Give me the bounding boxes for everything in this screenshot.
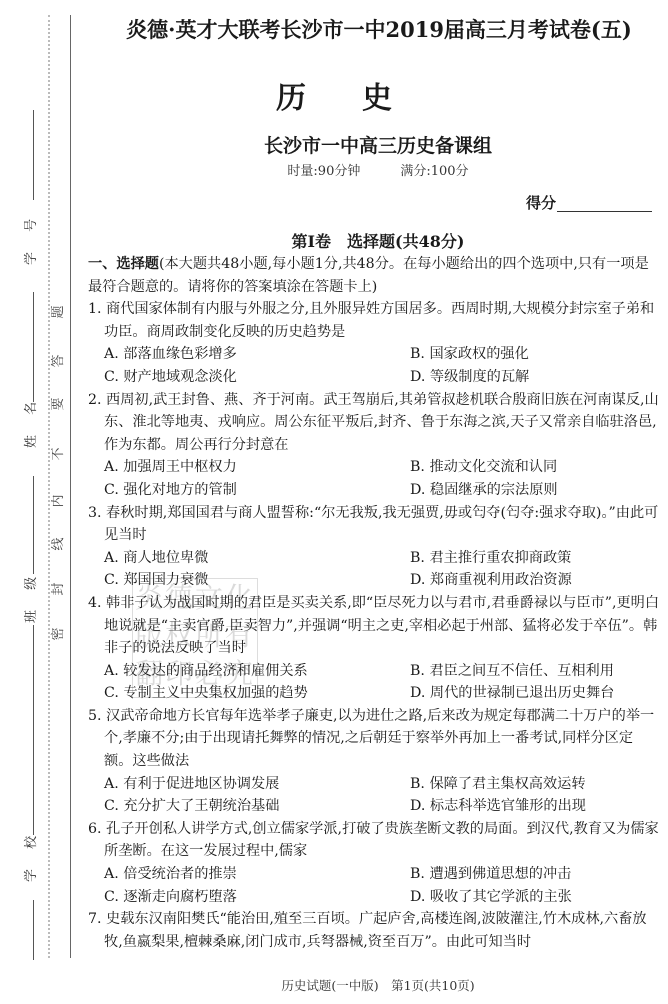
class-line [33, 476, 34, 574]
question-options: A. 较发达的商品经济和雇佣关系 B. 君臣之间互不信任、互相利用 C. 专制主… [88, 660, 660, 705]
subject-char: 历 [276, 73, 306, 117]
seal-char: 内 [50, 492, 68, 510]
option-a[interactable]: A. 部落血缘色彩增多 [104, 343, 382, 366]
score-label: 得分 [526, 192, 556, 213]
option-a[interactable]: A. 较发达的商品经济和雇佣关系 [104, 660, 382, 683]
option-c[interactable]: C. 充分扩大了王朝统治基础 [104, 795, 382, 818]
option-a[interactable]: A. 有利于促进地区协调发展 [104, 773, 382, 796]
option-b[interactable]: B. 国家政权的强化 [382, 343, 660, 366]
option-b[interactable]: B. 保障了君主集权高效运转 [382, 773, 660, 796]
seal-char: 密 [50, 625, 68, 643]
option-d[interactable]: D. 周代的世禄制已退出历史舞台 [382, 682, 660, 705]
question-list: 一、选择题(本大题共48小题,每小题1分,共48分。在每小题给出的四个选项中,只… [88, 253, 660, 953]
option-d[interactable]: D. 标志科举选官雏形的出现 [382, 795, 660, 818]
option-c[interactable]: C. 郑国国力衰微 [104, 569, 382, 592]
question-stem: 5. 汉武帝命地方长官每年选举孝子廉吏,以为进仕之路,后来改为规定每郡满二十万户… [88, 705, 660, 773]
student-id-line [33, 110, 34, 200]
question-options: A. 有利于促进地区协调发展 B. 保障了君主集权高效运转 C. 充分扩大了王朝… [88, 773, 660, 818]
exam-timing: 时量:90分钟满分:100分 [88, 160, 668, 179]
option-a[interactable]: A. 倍受统治者的推崇 [104, 863, 382, 886]
option-c[interactable]: C. 逐渐走向腐朽堕落 [104, 886, 382, 909]
school-line [33, 625, 34, 835]
seal-char: 不 [50, 445, 68, 463]
option-d[interactable]: D. 等级制度的瓦解 [382, 366, 660, 389]
option-c[interactable]: C. 财产地域观念淡化 [104, 366, 382, 389]
exam-title: 炎德·英才大联考长沙市一中2019届高三月考试卷(五) [90, 14, 668, 44]
question-options: A. 部落血缘色彩增多 B. 国家政权的强化 C. 财产地域观念淡化 D. 等级… [88, 343, 660, 388]
page-footer: 历史试题(一中版) 第1页(共10页) [88, 976, 668, 994]
instruction-lead: 一、选择题 [88, 256, 159, 272]
option-a[interactable]: A. 商人地位卑微 [104, 547, 382, 570]
school-line-lower [33, 900, 34, 960]
instruction-body: (本大题共48小题,每小题1分,共48分。在每小题给出的四个选项中,只有一项是最… [88, 256, 649, 295]
subject-title: 历史 [0, 73, 668, 117]
question-stem: 1. 商代国家体制有内服与外服之分,且外服异姓方国居多。西周时期,大规模分封宗室… [88, 298, 660, 343]
seal-char: 题 [50, 303, 68, 321]
seal-char: 答 [50, 352, 68, 370]
question-stem: 7. 史载东汉南阳樊氏“能治田,殖至三百顷。广起庐舍,高楼连阁,波陂灌注,竹木成… [88, 908, 660, 953]
question-stem: 4. 韩非子认为战国时期的君臣是买卖关系,即“臣尽死力以与君市,君垂爵禄以与臣市… [88, 592, 660, 660]
option-b[interactable]: B. 君臣之间互不信任、互相利用 [382, 660, 660, 683]
seal-char: 要 [50, 395, 68, 413]
question-options: A. 倍受统治者的推崇 B. 遭遇到佛道思想的冲击 C. 逐渐走向腐朽堕落 D.… [88, 863, 660, 908]
fold-dotted-line [48, 15, 50, 958]
name-label: 姓 名 [12, 408, 52, 448]
duration: 时量:90分钟 [287, 164, 360, 179]
full-score: 满分:100分 [400, 164, 468, 179]
student-id-label: 学 号 [12, 225, 52, 265]
option-d[interactable]: D. 稳固继承的宗法原则 [382, 479, 660, 502]
question-options: A. 商人地位卑微 B. 君主推行重农抑商政策 C. 郑国国力衰微 D. 郑商重… [88, 547, 660, 592]
question-stem: 3. 春秋时期,郑国国君与商人盟誓称:“尔无我叛,我无强贾,毋或匄夺(匄夺:强求… [88, 502, 660, 547]
option-b[interactable]: B. 君主推行重农抑商政策 [382, 547, 660, 570]
option-b[interactable]: B. 遭遇到佛道思想的冲击 [382, 863, 660, 886]
name-line [33, 292, 34, 402]
seal-solid-line [70, 15, 71, 958]
setter-group: 长沙市一中高三历史备课组 [88, 131, 668, 158]
option-d[interactable]: D. 吸收了其它学派的主张 [382, 886, 660, 909]
score-blank[interactable] [557, 211, 652, 212]
option-a[interactable]: A. 加强周王中枢权力 [104, 456, 382, 479]
question-options: A. 加强周王中枢权力 B. 推动文化交流和认同 C. 强化对地方的管制 D. … [88, 456, 660, 501]
section-title: 第Ⅰ卷 选择题(共48分) [88, 229, 668, 252]
section-instruction: 一、选择题(本大题共48小题,每小题1分,共48分。在每小题给出的四个选项中,只… [88, 253, 660, 298]
seal-char: 封 [50, 580, 68, 598]
class-label: 班 级 [12, 583, 52, 623]
question-stem: 2. 西周初,武王封鲁、燕、齐于河南。武王驾崩后,其弟管叔趁机联合殷商旧族在河南… [88, 389, 660, 457]
seal-char: 线 [50, 535, 68, 553]
option-d[interactable]: D. 郑商重视利用政治资源 [382, 569, 660, 592]
subject-char: 史 [362, 73, 392, 117]
question-stem: 6. 孔子开创私人讲学方式,创立儒家学派,打破了贵族垄断文教的局面。到汉代,教育… [88, 818, 660, 863]
option-b[interactable]: B. 推动文化交流和认同 [382, 456, 660, 479]
option-c[interactable]: C. 强化对地方的管制 [104, 479, 382, 502]
option-c[interactable]: C. 专制主义中央集权加强的趋势 [104, 682, 382, 705]
school-label: 学 校 [12, 842, 52, 882]
